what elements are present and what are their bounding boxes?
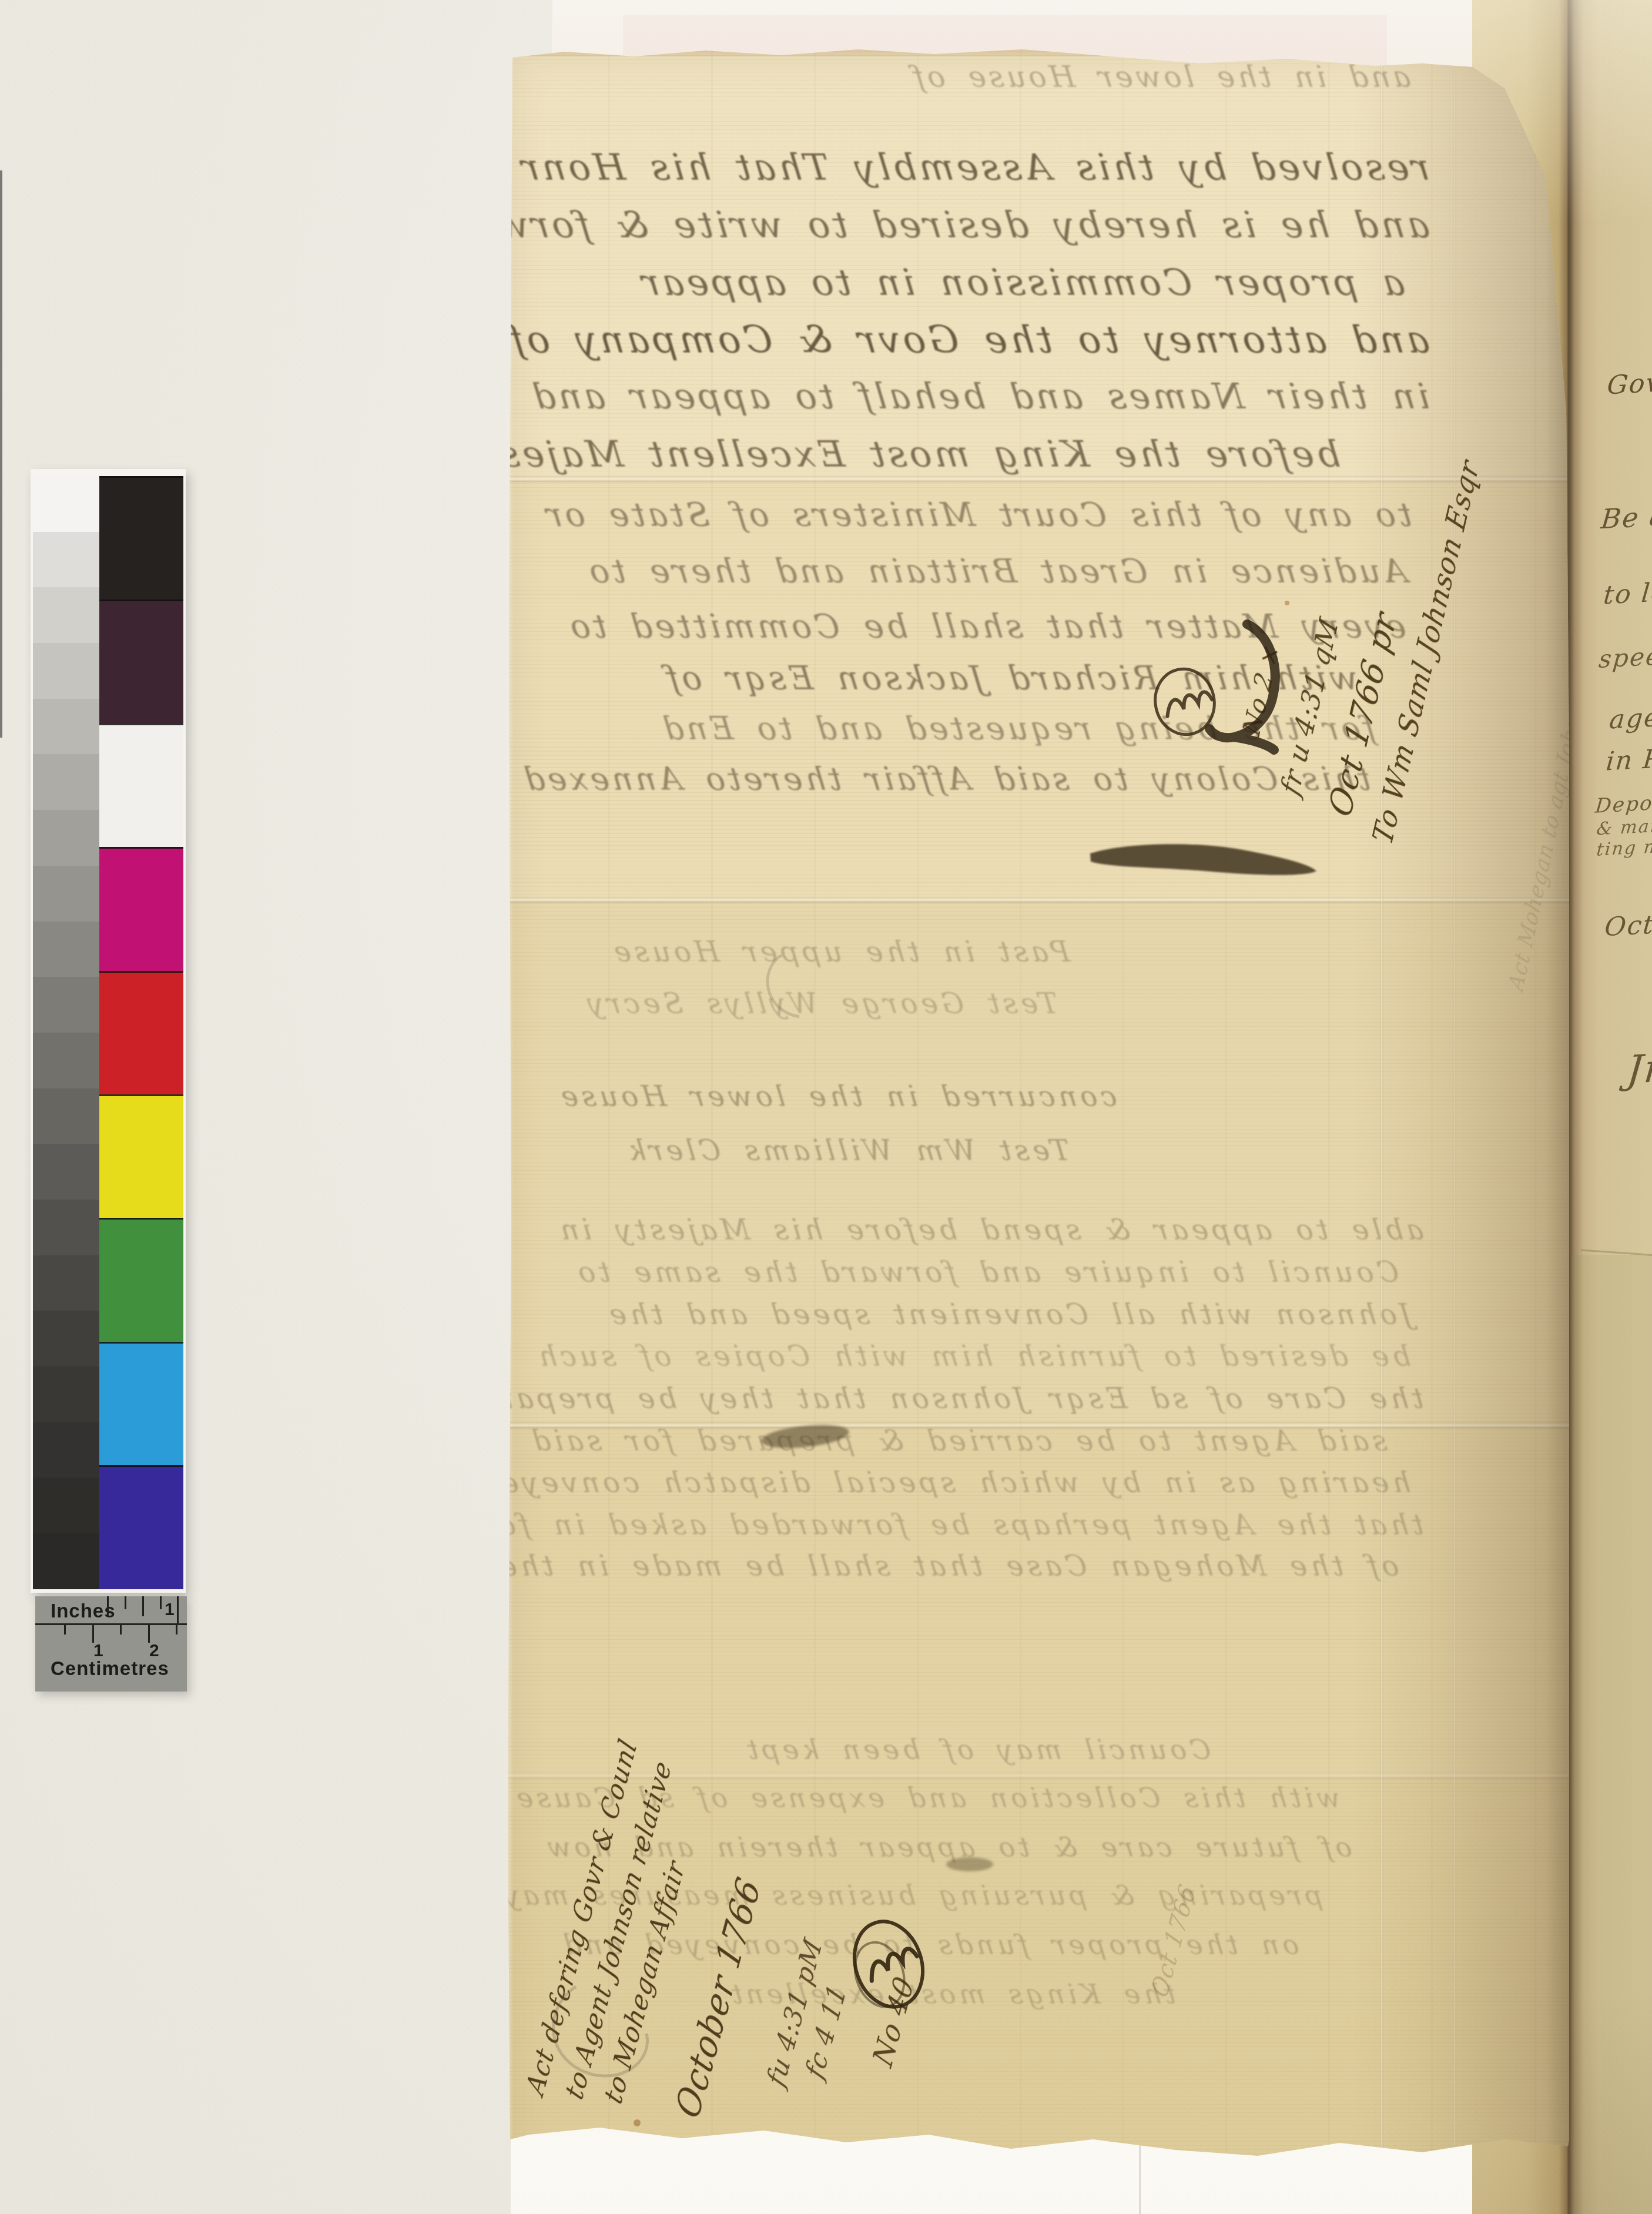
grayscale-step — [33, 1255, 99, 1311]
ruler-tick — [92, 1625, 94, 1643]
ruler-card: Inches 1 12 Centimetres — [35, 1596, 187, 1692]
inch-number: 1 — [165, 1600, 175, 1620]
bleedthrough-line: the Kings most excellent — [705, 1978, 1175, 2010]
color-patch — [99, 1218, 183, 1341]
fold-crease — [505, 897, 1569, 904]
grayscale-step — [33, 1144, 99, 1200]
ruler-tick — [148, 1625, 150, 1643]
page-left-edge-highlight — [505, 47, 514, 2186]
adjacent-page-fragment: in P — [1604, 744, 1652, 777]
grayscale-step — [33, 1200, 99, 1255]
bleedthrough-line: Test Wm Williams Clerk — [629, 1134, 1070, 1167]
bleedthrough-line: this Colony to said Affair thereto Annex… — [530, 761, 1370, 798]
bleedthrough-line: preparing & pursuing business measures m… — [588, 1880, 1322, 1911]
bleedthrough-line: with this Collection and expense of sd C… — [576, 1782, 1340, 1814]
bleedthrough-line: of the Mohegan Case that shall be made i… — [541, 1550, 1399, 1583]
grayscale-step — [33, 866, 99, 922]
bleedthrough-line: and in the lower House of — [552, 60, 1410, 94]
adjacent-page-fragment: to loo — [1602, 576, 1652, 610]
film-edge-artifact — [0, 170, 2, 738]
color-patch — [99, 1094, 183, 1218]
fold-crease — [505, 476, 1569, 483]
bleedthrough-line: Council may of been kept — [682, 1734, 1211, 1766]
adjacent-page-fragment: & mana — [1596, 815, 1652, 840]
color-patch — [99, 971, 183, 1094]
bleedthrough-line: of future care & to appear therein and n… — [558, 1831, 1352, 1863]
bleedthrough-line: Council to inquire and forward the same … — [558, 1256, 1399, 1289]
rust-spot — [1285, 601, 1289, 605]
ruler-tick — [142, 1596, 144, 1616]
adjacent-page-fragment: Gov — [1606, 368, 1652, 401]
bleedthrough-line: and attorney to the Govr & Company of — [530, 319, 1429, 362]
ruler-tick — [120, 1625, 122, 1634]
adjacent-page-fragment: Be a C — [1600, 498, 1652, 535]
ruler-tick — [177, 1596, 179, 1623]
bleedthrough-line: with him Richard Jackson Esqr of — [594, 659, 1358, 698]
grayscale-step — [33, 1478, 99, 1533]
adjacent-page-fragment: Oct 17 — [1603, 907, 1652, 942]
manuscript-page: and in the lower House ofresolved by thi… — [505, 47, 1569, 2186]
ruler-tick — [64, 1625, 66, 1634]
rust-spot — [634, 2119, 641, 2126]
grayscale-step — [33, 1422, 99, 1478]
bleedthrough-line: in their Names and behalf to appear and — [530, 376, 1429, 417]
grayscale-step — [33, 1533, 99, 1589]
grayscale-step — [33, 532, 99, 588]
color-patch — [99, 599, 183, 723]
bleedthrough-line: the Care of sd Esqr Johnson that they be… — [530, 1382, 1423, 1415]
color-patch — [99, 724, 183, 847]
grayscale-step — [33, 1366, 99, 1422]
grayscale-step — [33, 1033, 99, 1088]
bleedthrough-line: a proper Commission in to appear — [758, 261, 1405, 304]
bleedthrough-line: said Agent to be carried & prepared for … — [564, 1425, 1387, 1458]
color-calibration-card — [31, 469, 186, 1593]
bleedthrough-line: resolved by this Assembly That his Honr … — [530, 146, 1429, 189]
bleedthrough-line: and he is hereby desired to write & forw… — [530, 203, 1429, 246]
vertical-crease — [1453, 47, 1456, 2186]
bleedthrough-line: Test George Wyllys Secry — [752, 987, 1058, 1020]
grayscale-step — [33, 699, 99, 755]
grayscale-step — [33, 922, 99, 977]
bleedthrough-line: hearing as in by which special dispatch … — [541, 1466, 1410, 1499]
heavy-ink-dash — [1090, 844, 1316, 875]
grayscale-step — [33, 1088, 99, 1144]
vertical-crease — [1380, 47, 1383, 2186]
ruler-tick — [160, 1596, 162, 1609]
ruler-tick — [176, 1625, 177, 1634]
grayscale-step — [33, 587, 99, 643]
bleedthrough-line: before the King most Excellent Majesty — [646, 433, 1340, 475]
bleedthrough-line: Audience in Great Brittain and there to — [555, 552, 1407, 591]
grayscale-step — [33, 810, 99, 866]
bleedthrough-line: Johnson with all Convenient speed and th… — [530, 1298, 1412, 1331]
adjacent-page-fragment: ting n — [1596, 836, 1652, 860]
color-patch — [99, 476, 183, 599]
color-patch-column — [99, 476, 183, 1589]
grayscale-step — [33, 977, 99, 1033]
bleedthrough-line: to any of this Court Ministers of State … — [530, 496, 1412, 534]
archival-photo: GovBe a Cto loospeets nageinin PDeposit&… — [0, 0, 1652, 2214]
fold-crease — [505, 1422, 1569, 1429]
color-patch — [99, 1342, 183, 1465]
under-sheet-crease — [1139, 2139, 1141, 2214]
inches-label: Inches — [51, 1600, 116, 1622]
grayscale-step — [33, 643, 99, 699]
bleedthrough-line: on the proper funds to be conveyed and — [594, 1929, 1299, 1961]
ruler-tick — [125, 1596, 126, 1609]
adjacent-page-fragment: Deposit — [1594, 790, 1652, 818]
adjacent-page-fragment: speets n — [1597, 639, 1652, 674]
grayscale-wedge — [33, 476, 99, 1589]
bleedthrough-line: able to appear & spend before his Majest… — [530, 1214, 1423, 1247]
adjacent-page-fragment: agein — [1608, 701, 1652, 735]
centimetres-label: Centimetres — [51, 1657, 169, 1680]
bleedthrough-line: Past in the upper House — [740, 936, 1070, 969]
ruler-tick — [107, 1596, 109, 1616]
color-patch — [99, 1465, 183, 1589]
bleedthrough-line: every Matter that shall be Committed to — [530, 608, 1406, 646]
adjacent-page-fragment: Jn — [1625, 1045, 1652, 1093]
bleedthrough-line: concurred in the lower House — [611, 1080, 1117, 1113]
bleedthrough-line: be desired to furnish him with Copies of… — [541, 1340, 1410, 1373]
grayscale-step — [33, 754, 99, 810]
grayscale-step — [33, 1311, 99, 1366]
grayscale-step — [33, 476, 99, 532]
color-patch — [99, 847, 183, 970]
ruler-divider — [35, 1623, 187, 1625]
bleedthrough-line: that the Agent perhaps be forwarded aske… — [530, 1509, 1423, 1542]
